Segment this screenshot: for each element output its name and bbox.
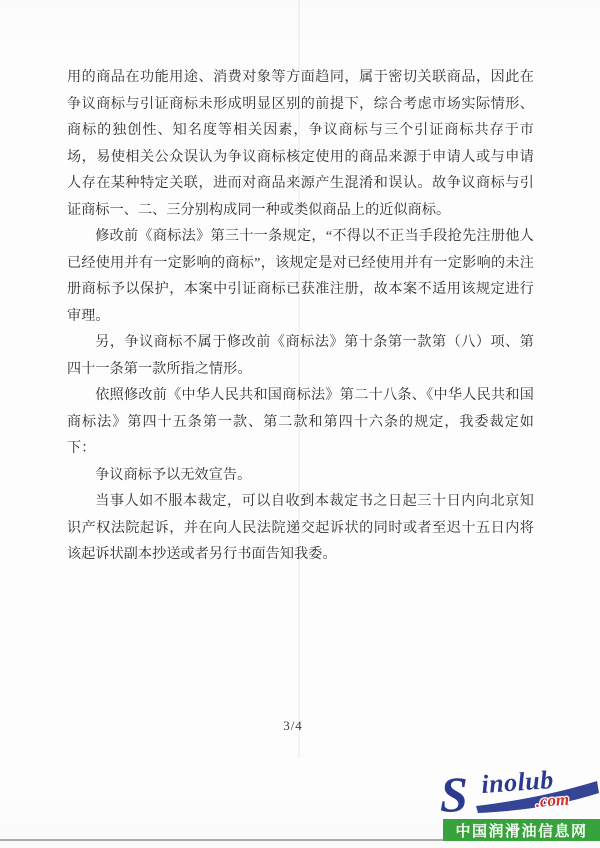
paragraph: 当事人如不服本裁定，可以自收到本裁定书之日起三十日内向北京知识产权法院起诉，并在…: [67, 488, 534, 568]
paragraph: 修改前《商标法》第三十一条规定，“不得以不正当手段抢先注册他人已经使用并有一定影…: [67, 223, 534, 329]
site-name-label: 中国润滑油信息网: [455, 820, 587, 841]
paragraph: 另，争议商标不属于修改前《商标法》第十条第一款第（八）项、第四十一条第一款所指之…: [67, 329, 534, 382]
document-body: 用的商品在功能用途、消费对象等方面趋同，属于密切关联商品，因此在争议商标与引证商…: [67, 64, 534, 568]
site-name-banner: 中国润滑油信息网: [443, 818, 600, 841]
paragraph: 争议商标予以无效宣告。: [67, 462, 534, 489]
sinolub-logo-icon: S inolub .com: [440, 766, 600, 818]
sinolub-watermark: S inolub .com 中国润滑油信息网: [440, 766, 600, 818]
paragraph: 依照修改前《中华人民共和国商标法》第二十八条、《中华人民共和国商标法》第四十五条…: [67, 382, 534, 462]
page-number: 3/4: [0, 718, 586, 734]
logo-initial: S: [440, 766, 468, 818]
logo-domain: .com: [535, 790, 570, 811]
paragraph: 用的商品在功能用途、消费对象等方面趋同，属于密切关联商品，因此在争议商标与引证商…: [67, 64, 534, 223]
scanned-document-page: 用的商品在功能用途、消费对象等方面趋同，属于密切关联商品，因此在争议商标与引证商…: [0, 0, 600, 848]
